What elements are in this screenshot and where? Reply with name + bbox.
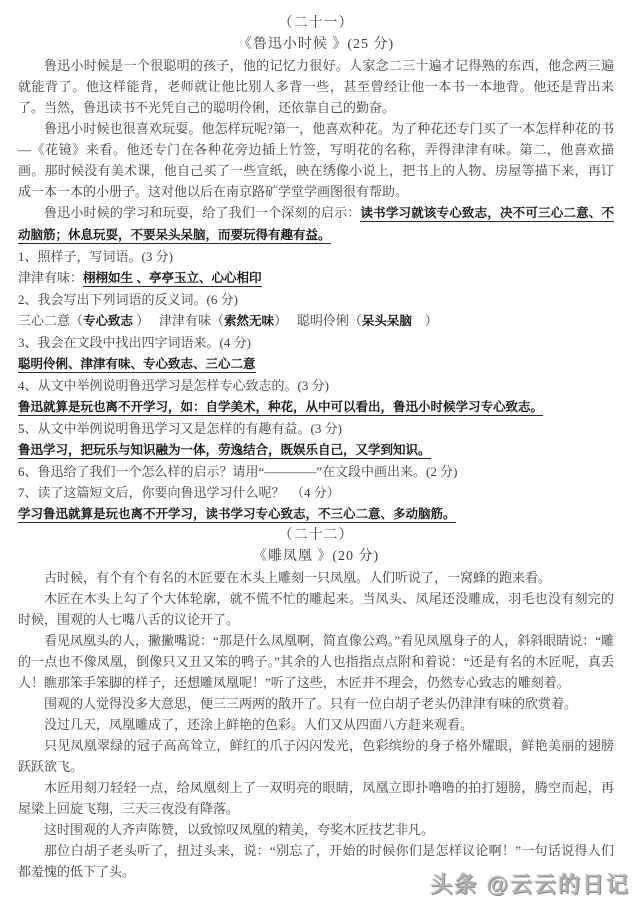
s22-paragraph-3: 看见凤凰头的人，撇撇嘴说：“那是什么凤凰啊，简直像公鸡。”看见凤凰身子的人，斜斜… <box>18 630 614 693</box>
s22-paragraph-8: 这时围观的人齐声陈赞，以致惊叹凤凰的精美，夸奖木匠技艺非凡。 <box>18 819 614 840</box>
answer-1-lead: 津津有味： <box>18 270 83 285</box>
answer-2-word-3: ） 聪明伶俐（ <box>274 313 362 328</box>
answer-1-text: 栩栩如生 、亭亭玉立、心心相印 <box>83 271 261 287</box>
answer-2-word-2: ） 津津有味（ <box>133 313 224 328</box>
s21-paragraph-1: 鲁迅小时候是一个很聪明的孩子，他的记忆力很好。人家念二三十遍才记得熟的东西，他念… <box>18 55 614 118</box>
answer-2-antonym-2: 索然无味 <box>224 314 274 328</box>
question-2: 2、我会写出下列词语的反义词。(6 分) <box>18 289 614 310</box>
section-21-title: 《鲁迅小时候 》(25 分) <box>18 34 614 55</box>
answer-3: 聪明伶俐、津津有味、专心致志、三心二意 <box>18 353 614 375</box>
question-1: 1、照样子，写词语。(3 分) <box>18 246 614 267</box>
answer-5-text: 鲁迅学习，把玩乐与知识融为一体，劳逸结合，既娱乐自己，又学到知识。 <box>18 443 431 459</box>
s21-paragraph-2: 鲁迅小时候也很喜欢玩耍。他怎样玩呢?第一，他喜欢种花。为了种花还专门买了一本怎样… <box>18 118 614 202</box>
question-7: 7、读了这篇短文后，你要向鲁迅学习什么呢？ （4 分） <box>18 482 614 503</box>
toutiao-watermark: 头条 @云云的日记 <box>430 868 630 899</box>
s22-paragraph-1: 古时候，有个有个有名的木匠要在木头上雕刻一只凤凰。人们听说了，一窝蜂的跑来看。 <box>18 567 614 588</box>
answer-2-word-1: 三心二意（ <box>18 313 83 328</box>
answer-2-antonym-1: 专心致志 <box>83 314 133 328</box>
answer-7-text: 学习鲁迅就算是玩也离不开学习，读书学习专心致志，不三心二意、多动脑筋。 <box>18 507 456 523</box>
question-5: 5、从文中举例说明鲁迅学习又是怎样的有趣有益。(3 分) <box>18 418 614 439</box>
answer-4: 鲁迅就算是玩也离不开学习，如：自学美术，种花，从中可以看出，鲁迅小时候学习专心致… <box>18 396 614 418</box>
s21-paragraph-3: 鲁迅小时候的学习和玩耍，给了我们一个深刻的启示：读书学习就该专心致志，决不可三心… <box>18 202 614 246</box>
answer-1: 津津有味：栩栩如生 、亭亭玉立、心心相印 <box>18 267 614 289</box>
answer-2: 三心二意（专心致志 ） 津津有味（索然无味） 聪明伶俐（呆头呆脑 ） <box>18 310 614 332</box>
s22-paragraph-2: 木匠在木头上勾了个大体轮廓，就不慌不忙的雕起来。当凤头、凤尾还没雕成，羽毛也没有… <box>18 588 614 630</box>
answer-7: 学习鲁迅就算是玩也离不开学习，读书学习专心致志，不三心二意、多动脑筋。 <box>18 503 614 525</box>
question-3: 3、我会在文段中找出四字词语来。(4 分) <box>18 332 614 353</box>
answer-2-antonym-3: 呆头呆脑 <box>362 314 412 328</box>
section-21-number: （二十一） <box>18 13 614 34</box>
s22-paragraph-5: 没过几天，凤凰雕成了，还涂上鲜艳的色彩。人们又从四面八方赶来观看。 <box>18 714 614 735</box>
s22-paragraph-7: 木匠用刻刀轻轻一点，给凤凰刻上了一双明亮的眼睛，凤凰立即扑噜噜的拍打翅膀，腾空而… <box>18 777 614 819</box>
answer-5: 鲁迅学习，把玩乐与知识融为一体，劳逸结合，既娱乐自己，又学到知识。 <box>18 439 614 461</box>
question-4: 4、从文中举例说明鲁迅学习是怎样专心致志的。(3 分) <box>18 375 614 396</box>
s22-paragraph-6: 只见凤凰翠绿的冠子高高耸立，鲜红的爪子闪闪发光，色彩缤纷的身子格外耀眼，鲜艳美丽… <box>18 735 614 777</box>
document-page: （二十一） 《鲁迅小时候 》(25 分) 鲁迅小时候是一个很聪明的孩子，他的记忆… <box>0 0 640 882</box>
section-22-title: 《雕凤凰 》(20 分) <box>18 546 614 567</box>
answer-4-text: 鲁迅就算是玩也离不开学习，如：自学美术，种花，从中可以看出，鲁迅小时候学习专心致… <box>18 400 543 416</box>
question-6: 6、鲁迅给了我们一个怎么样的启示？请用“————”在文段中画出来。(2 分) <box>18 461 614 482</box>
section-22-number: （二十二） <box>18 525 614 546</box>
s21-paragraph-3-lead: 鲁迅小时候的学习和玩耍，给了我们一个深刻的启示： <box>44 205 360 220</box>
answer-3-text: 聪明伶俐、津津有味、专心致志、三心二意 <box>18 357 256 373</box>
s22-paragraph-4: 围观的人觉得没多大意思，便三三两两的散开了。只有一位白胡子老头仍津津有味的欣赏着… <box>18 693 614 714</box>
answer-2-close-paren: ） <box>412 313 438 328</box>
